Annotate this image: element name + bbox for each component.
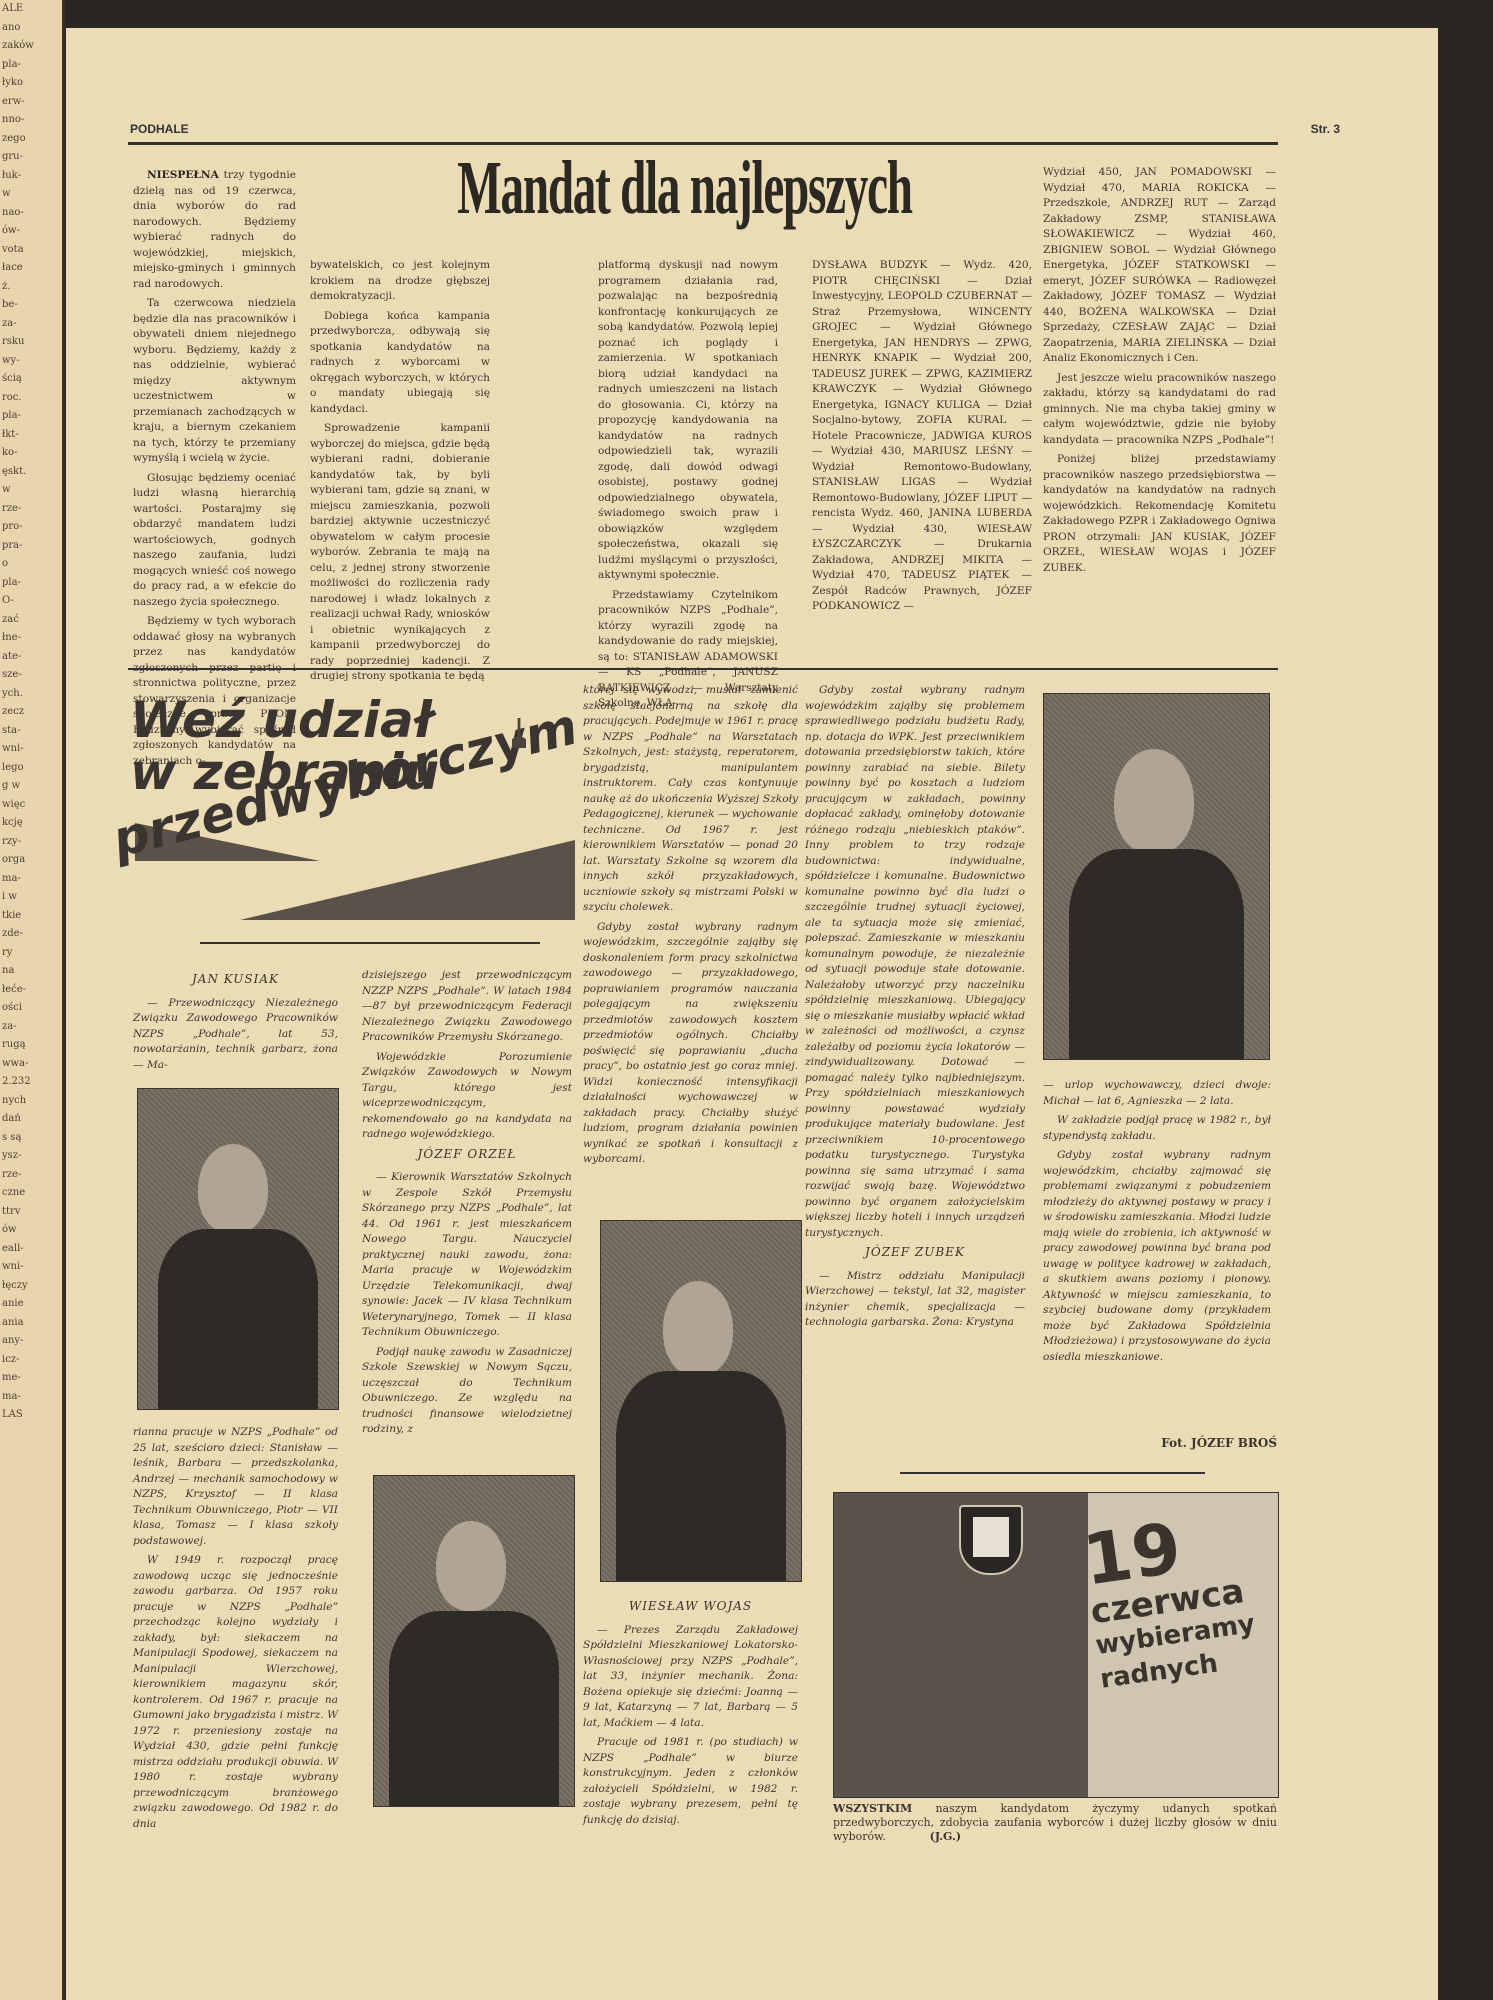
candidate-orzel: dzisiejszego jest przewodniczącym NZZP N… — [362, 968, 572, 1442]
article-column-1: NIESPEŁNA trzy tygodnie dzielą nas od 19… — [133, 168, 296, 773]
caption-signature: (J.G.) — [930, 1830, 961, 1843]
strip-text-fragment: ości — [0, 999, 62, 1018]
candidate-text: Podjął naukę zawodu w Zasadniczej Szkole… — [362, 1345, 572, 1438]
candidate-orzel-continued: której się wywodzi, musiał zamienić szko… — [583, 683, 798, 1172]
candidate-zubek-continued: — urlop wychowawczy, dzieci dwoje: Micha… — [1043, 1078, 1271, 1369]
candidate-intro: — Mistrz oddziału Manipulacji Wierzchowe… — [805, 1269, 1025, 1331]
strip-text-fragment: ttrv — [0, 1203, 62, 1222]
strip-text-fragment: wwa- — [0, 1055, 62, 1074]
portrait-body — [158, 1229, 318, 1410]
candidate-name: WIESŁAW WOJAS — [583, 1599, 798, 1615]
strip-text-fragment: nno- — [0, 111, 62, 130]
candidate-name: JÓZEF ORZEŁ — [362, 1147, 572, 1163]
strip-text-fragment: rsku — [0, 333, 62, 352]
strip-text-fragment: zać — [0, 611, 62, 630]
strip-text-fragment: LAS — [0, 1406, 62, 1425]
page-header: PODHALE Str. 3 — [130, 122, 1340, 136]
strip-text-fragment: dań — [0, 1110, 62, 1129]
strip-text-fragment: lego — [0, 759, 62, 778]
candidate-text: Pracuje od 1981 r. (po studiach) w NZPS … — [583, 1735, 798, 1828]
strip-text-fragment: pla- — [0, 56, 62, 75]
candidate-text: — urlop wychowawczy, dzieci dwoje: Micha… — [1043, 1078, 1271, 1109]
candidate-intro: — Prezes Zarządu Zakładowej Spółdzielni … — [583, 1623, 798, 1732]
article-paragraph: Dobiega końca kampania przedwyborcza, od… — [310, 309, 490, 418]
candidate-wojas-continued: Gdyby został wybrany radnym wojewódzkim … — [805, 683, 1025, 1335]
candidate-text: Gdyby został wybrany radnym wojewódzkim,… — [1043, 1148, 1271, 1365]
strip-text-fragment: vota — [0, 241, 62, 260]
strip-text-fragment: łace — [0, 259, 62, 278]
strip-text-fragment: rze- — [0, 500, 62, 519]
election-meeting-banner: Weź udział w zebraniu przedwyborczym — [130, 695, 570, 925]
article-paragraph: Jest jeszcze wielu pracowników naszego z… — [1043, 371, 1276, 449]
banner-rule — [200, 942, 540, 944]
portrait-face — [198, 1144, 268, 1234]
article-paragraph: Wydział 450, JAN POMADOWSKI — Wydział 47… — [1043, 165, 1276, 367]
strip-text-fragment: nao- — [0, 204, 62, 223]
candidate-text: rianna pracuje w NZPS „Podhale” od 25 la… — [133, 1425, 338, 1549]
strip-text-fragment: kcję — [0, 814, 62, 833]
strip-text-fragment: ęskt. — [0, 463, 62, 482]
poster-slogan: 19 czerwca wybieramy radnych — [1079, 1501, 1279, 1696]
strip-text-fragment: g w — [0, 777, 62, 796]
portrait-photo-kusiak — [137, 1088, 339, 1410]
strip-text-fragment: be- — [0, 296, 62, 315]
strip-text-fragment: łęczy — [0, 1277, 62, 1296]
portrait-photo-wojas — [600, 1220, 802, 1582]
photo-credit: Fot. JÓZEF BROŚ — [1161, 1436, 1277, 1450]
strip-text-fragment: ALE — [0, 0, 62, 19]
article-column-3: platformą dyskusji nad nowym programem d… — [598, 258, 778, 716]
strip-text-fragment: rze- — [0, 1166, 62, 1185]
strip-text-fragment: anie — [0, 1295, 62, 1314]
candidate-text: Gdyby został wybrany radnym wojewódzkim,… — [583, 920, 798, 1168]
strip-text-fragment: s są — [0, 1129, 62, 1148]
strip-text-fragment: ma- — [0, 870, 62, 889]
candidate-intro: — Przewodniczący Niezależnego Związku Za… — [133, 996, 338, 1074]
strip-text-fragment: gru- — [0, 148, 62, 167]
portrait-face — [436, 1521, 506, 1611]
strip-text-fragment: za- — [0, 315, 62, 334]
strip-text-fragment: 2.232 — [0, 1073, 62, 1092]
strip-text-fragment: łuk- — [0, 167, 62, 186]
strip-text-fragment: ania — [0, 1314, 62, 1333]
strip-text-fragment: łne- — [0, 629, 62, 648]
section-divider — [128, 668, 1278, 670]
candidate-text: W 1949 r. rozpoczął pracę zawodową ucząc… — [133, 1553, 338, 1832]
article-paragraph: Sprowadzenie kampanii wyborczej do miejs… — [310, 421, 490, 685]
masthead: PODHALE — [130, 122, 189, 136]
portrait-body — [389, 1611, 559, 1807]
banner-line-1: Weź udział — [130, 695, 433, 745]
strip-text-fragment: ysz- — [0, 1147, 62, 1166]
strip-text-fragment: wy- — [0, 352, 62, 371]
article-title: Mandat dla najlepszych — [457, 145, 872, 232]
portrait-photo-zubek — [1043, 693, 1270, 1060]
strip-text-fragment: nych — [0, 1092, 62, 1111]
candidate-kusiak: JAN KUSIAK — Przewodniczący Niezależnego… — [133, 968, 338, 1077]
article-paragraph: platformą dyskusji nad nowym programem d… — [598, 258, 778, 584]
strip-text-fragment: łeće- — [0, 981, 62, 1000]
strip-text-fragment: zde- — [0, 925, 62, 944]
strip-text-fragment: wni- — [0, 1258, 62, 1277]
closing-caption: WSZYSTKIM naszym kandydatom życzymy udan… — [833, 1802, 1277, 1844]
strip-text-fragment: eall- — [0, 1240, 62, 1259]
portrait-body — [1069, 849, 1244, 1060]
election-poster-photo: 19 czerwca wybieramy radnych — [833, 1492, 1279, 1798]
caption-lead: WSZYSTKIM — [833, 1802, 912, 1815]
portrait-face — [663, 1281, 733, 1376]
strip-text-fragment: wni- — [0, 740, 62, 759]
credit-rule — [900, 1472, 1205, 1474]
strip-text-fragment: ko- — [0, 444, 62, 463]
article-paragraph: DYSŁAWA BUDZYK — Wydz. 420, PIOTR CHĘCIŃ… — [812, 258, 1032, 615]
strip-text-fragment: icz- — [0, 1351, 62, 1370]
strip-text-fragment: rzy- — [0, 833, 62, 852]
strip-text-fragment: erw- — [0, 93, 62, 112]
page-number: Str. 3 — [1311, 122, 1340, 136]
strip-text-fragment: pla- — [0, 407, 62, 426]
strip-text-fragment: sta- — [0, 722, 62, 741]
candidate-text: Wojewódzkie Porozumienie Związków Zawodo… — [362, 1050, 572, 1143]
candidate-text: Gdyby został wybrany radnym wojewódzkim … — [805, 683, 1025, 1241]
strip-text-fragment: sze- — [0, 666, 62, 685]
strip-text-fragment: tkie — [0, 907, 62, 926]
strip-text-fragment: w — [0, 481, 62, 500]
paragraph-lead: NIESPEŁNA — [147, 169, 219, 181]
strip-text-fragment: ate- — [0, 648, 62, 667]
strip-text-fragment: o — [0, 555, 62, 574]
strip-text-fragment: ów — [0, 1221, 62, 1240]
strip-text-fragment: ych. — [0, 685, 62, 704]
article-paragraph: Ta czerwcowa niedziela będzie dla nas pr… — [133, 296, 296, 467]
strip-text-fragment: w — [0, 185, 62, 204]
candidate-name: JAN KUSIAK — [133, 972, 338, 988]
portrait-photo-orzel — [373, 1475, 575, 1807]
strip-text-fragment: zaków — [0, 37, 62, 56]
strip-text-fragment: rugą — [0, 1036, 62, 1055]
strip-text-fragment: łkt- — [0, 426, 62, 445]
strip-text-fragment: pro- — [0, 518, 62, 537]
strip-text-fragment: ry — [0, 944, 62, 963]
strip-text-fragment: any- — [0, 1332, 62, 1351]
polish-eagle-emblem-icon — [959, 1505, 1023, 1575]
article-column-5: Wydział 450, JAN POMADOWSKI — Wydział 47… — [1043, 165, 1276, 580]
strip-text-fragment: me- — [0, 1369, 62, 1388]
candidate-text: W zakładzie podjął pracę w 1982 r., był … — [1043, 1113, 1271, 1144]
strip-text-fragment: więc — [0, 796, 62, 815]
candidate-text: której się wywodzi, musiał zamienić szko… — [583, 683, 798, 916]
article-column-4: DYSŁAWA BUDZYK — Wydz. 420, PIOTR CHĘCIŃ… — [812, 258, 1032, 619]
strip-text-fragment: ma- — [0, 1388, 62, 1407]
article-paragraph: NIESPEŁNA trzy tygodnie dzielą nas od 19… — [133, 168, 296, 292]
adjacent-page-strip: ALEanozakówpla-łykoerw-nno-zegogru-łuk-w… — [0, 0, 65, 2000]
strip-text-fragment: pla- — [0, 574, 62, 593]
article-column-2: bywatelskich, co jest kolejnym krokiem n… — [310, 258, 490, 689]
candidate-name: JÓZEF ZUBEK — [805, 1245, 1025, 1261]
candidate-text: dzisiejszego jest przewodniczącym NZZP N… — [362, 968, 572, 1046]
candidate-kusiak-continued: rianna pracuje w NZPS „Podhale” od 25 la… — [133, 1425, 338, 1836]
strip-text-fragment: orga — [0, 851, 62, 870]
strip-text-fragment: O- — [0, 592, 62, 611]
strip-text-fragment: za- — [0, 1018, 62, 1037]
strip-text-fragment: zecz — [0, 703, 62, 722]
portrait-face — [1114, 749, 1194, 854]
strip-text-fragment: ów- — [0, 222, 62, 241]
article-paragraph: bywatelskich, co jest kolejnym krokiem n… — [310, 258, 490, 305]
candidate-wojas: WIESŁAW WOJAS — Prezes Zarządu Zakładowe… — [583, 1595, 798, 1832]
strip-text-fragment: ż. — [0, 278, 62, 297]
article-paragraph: Poniżej bliżej przedstawiamy pracowników… — [1043, 452, 1276, 576]
portrait-body — [616, 1371, 786, 1582]
article-paragraph: Głosując będziemy oceniać ludzi własną h… — [133, 471, 296, 611]
strip-text-fragment: na — [0, 962, 62, 981]
strip-text-fragment: zego — [0, 130, 62, 149]
strip-text-fragment: ano — [0, 19, 62, 38]
strip-text-fragment: czne — [0, 1184, 62, 1203]
strip-text-fragment: ścią — [0, 370, 62, 389]
candidate-intro: — Kierownik Warsztatów Szkolnych w Zespo… — [362, 1170, 572, 1341]
strip-text-fragment: pra- — [0, 537, 62, 556]
strip-text-fragment: łyko — [0, 74, 62, 93]
banner-wedge-right — [240, 840, 575, 920]
strip-text-fragment: i w — [0, 888, 62, 907]
strip-text-fragment: roc. — [0, 389, 62, 408]
